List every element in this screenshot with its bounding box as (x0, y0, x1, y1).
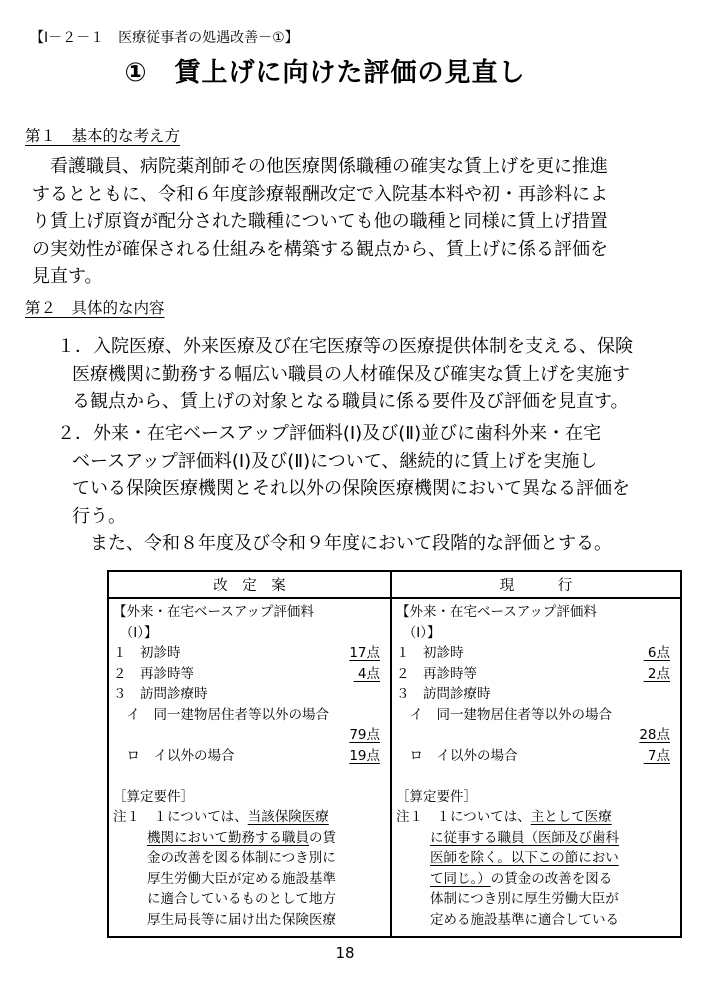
section2-heading: 第２ 具体的な内容 (25, 296, 165, 318)
note-text: 厚生労働大臣が定める施設基準 (147, 871, 336, 887)
fee-row: １ 初診時 6点 (396, 643, 670, 664)
note-text: 注１ １については、 (113, 809, 248, 825)
note-line: に適合しているものとして地方 (113, 889, 380, 910)
fee-points-value: 4点 (354, 664, 380, 685)
fee-row: ロ イ以外の場合19点 (113, 746, 380, 767)
note-line: 注１ １については、主として医療 (396, 807, 670, 828)
revised-proposal-cell: 【外来・在宅ベースアップ評価料 （Ⅰ）】１ 初診時17点２ 再診時等 4点３ 訪… (108, 598, 391, 937)
note-line: 金の改善を図る体制につき別に (113, 848, 380, 869)
column-header-current: 現 行 (391, 571, 681, 598)
fee-label: ２ 再診時等 (396, 664, 477, 685)
note-text: の賃 (309, 830, 336, 846)
page-title: ① 賃上げに向けた評価の見直し (0, 52, 650, 89)
document-page: 【Ⅰ－２－１ 医療従事者の処遇改善－①】 ① 賃上げに向けた評価の見直し 第１ … (0, 0, 708, 994)
underlined-note-text: に従事する職員（医師及び歯科 (430, 830, 619, 846)
fee-row: １ 初診時17点 (113, 643, 380, 664)
fee-row: 28点 (396, 725, 670, 746)
note-line: 厚生局長等に届け出た保険医療 (113, 910, 380, 931)
table-body-row: 【外来・在宅ベースアップ評価料 （Ⅰ）】１ 初診時17点２ 再診時等 4点３ 訪… (108, 598, 681, 937)
note-text: に適合しているものとして地方 (147, 891, 336, 907)
fee-row: ２ 再診時等 4点 (113, 664, 380, 685)
note-text: 厚生局長等に届け出た保険医療 (147, 912, 336, 928)
cell-text-line: ３ 訪問診療時 (396, 684, 670, 705)
current-rule-cell: 【外来・在宅ベースアップ評価料 （Ⅰ）】１ 初診時 6点２ 再診時等 2点３ 訪… (391, 598, 681, 937)
note-text: 注１ １については、 (396, 809, 531, 825)
fee-label: ロ イ以外の場合 (113, 746, 235, 767)
cell-text-line: ３ 訪問診療時 (113, 684, 380, 705)
underlined-note-text: 機関において勤務する職員 (147, 830, 309, 846)
fee-label: ２ 再診時等 (113, 664, 194, 685)
note-line: 体制につき別に厚生労働大臣が (396, 889, 670, 910)
fee-row: ２ 再診時等 2点 (396, 664, 670, 685)
note-text: 金の改善を図る体制につき別に (147, 850, 336, 866)
fee-points-value: 6点 (644, 643, 670, 664)
note-text: の賃金の改善を図る (491, 871, 613, 887)
underlined-note-text: 主として医療 (531, 809, 612, 825)
fee-points-value: 7点 (644, 746, 670, 767)
fee-points-value: 19点 (349, 746, 380, 767)
note-text: 体制につき別に厚生労働大臣が (430, 891, 619, 907)
note-line: に従事する職員（医師及び歯科 (396, 828, 670, 849)
fee-row: 79点 (113, 725, 380, 746)
fee-label: １ 初診時 (113, 643, 181, 664)
fee-label: ロ イ以外の場合 (396, 746, 518, 767)
section1-body: 看護職員、病院薬剤師その他医療関係職種の確実な賃上げを更に推進 するとともに、令… (32, 153, 608, 291)
underlined-note-text: て同じ。） (430, 871, 491, 887)
page-number: 18 (0, 944, 690, 962)
section1-heading: 第１ 基本的な考え方 (25, 124, 180, 146)
note-line: て同じ。）の賃金の改善を図る (396, 869, 670, 890)
cell-text-line: 【外来・在宅ベースアップ評価料 (396, 602, 670, 623)
note-line: 医師を除く。以下この節におい (396, 848, 670, 869)
blank-line (396, 766, 670, 787)
cell-text-line: ［算定要件］ (396, 787, 670, 808)
fee-points-value: 79点 (349, 725, 380, 746)
note-text: 定める施設基準に適合している (430, 912, 619, 928)
fee-label: １ 初診時 (396, 643, 464, 664)
cell-text-line: イ 同一建物居住者等以外の場合 (113, 705, 380, 726)
cell-text-line: （Ⅰ）】 (113, 623, 380, 644)
fee-points-value: 17点 (349, 643, 380, 664)
comparison-table: 改 定 案 現 行 【外来・在宅ベースアップ評価料 （Ⅰ）】１ 初診時17点２ … (107, 570, 682, 938)
column-header-revised: 改 定 案 (108, 571, 391, 598)
section2-item2: ２．外来・在宅ベースアップ評価料(Ⅰ)及び(Ⅱ)並びに歯科外来・在宅 ベースアッ… (57, 420, 630, 558)
note-line: 注１ １については、当該保険医療 (113, 807, 380, 828)
section-tag: 【Ⅰ－２－１ 医療従事者の処遇改善－①】 (30, 27, 299, 47)
note-line: 定める施設基準に適合している (396, 910, 670, 931)
cell-text-line: （Ⅰ）】 (396, 623, 670, 644)
underlined-note-text: 当該保険医療 (248, 809, 329, 825)
cell-text-line: ［算定要件］ (113, 787, 380, 808)
fee-row: ロ イ以外の場合 7点 (396, 746, 670, 767)
fee-points-value: 2点 (644, 664, 670, 685)
note-line: 厚生労働大臣が定める施設基準 (113, 869, 380, 890)
cell-text-line: イ 同一建物居住者等以外の場合 (396, 705, 670, 726)
fee-points-value: 28点 (639, 725, 670, 746)
note-line: 機関において勤務する職員の賃 (113, 828, 380, 849)
blank-line (113, 766, 380, 787)
table-header-row: 改 定 案 現 行 (108, 571, 681, 598)
section2-item1: １．入院医療、外来医療及び在宅医療等の医療提供体制を支える、保険 医療機関に勤務… (57, 333, 633, 416)
underlined-note-text: 医師を除く。以下この節におい (430, 850, 619, 866)
cell-text-line: 【外来・在宅ベースアップ評価料 (113, 602, 380, 623)
